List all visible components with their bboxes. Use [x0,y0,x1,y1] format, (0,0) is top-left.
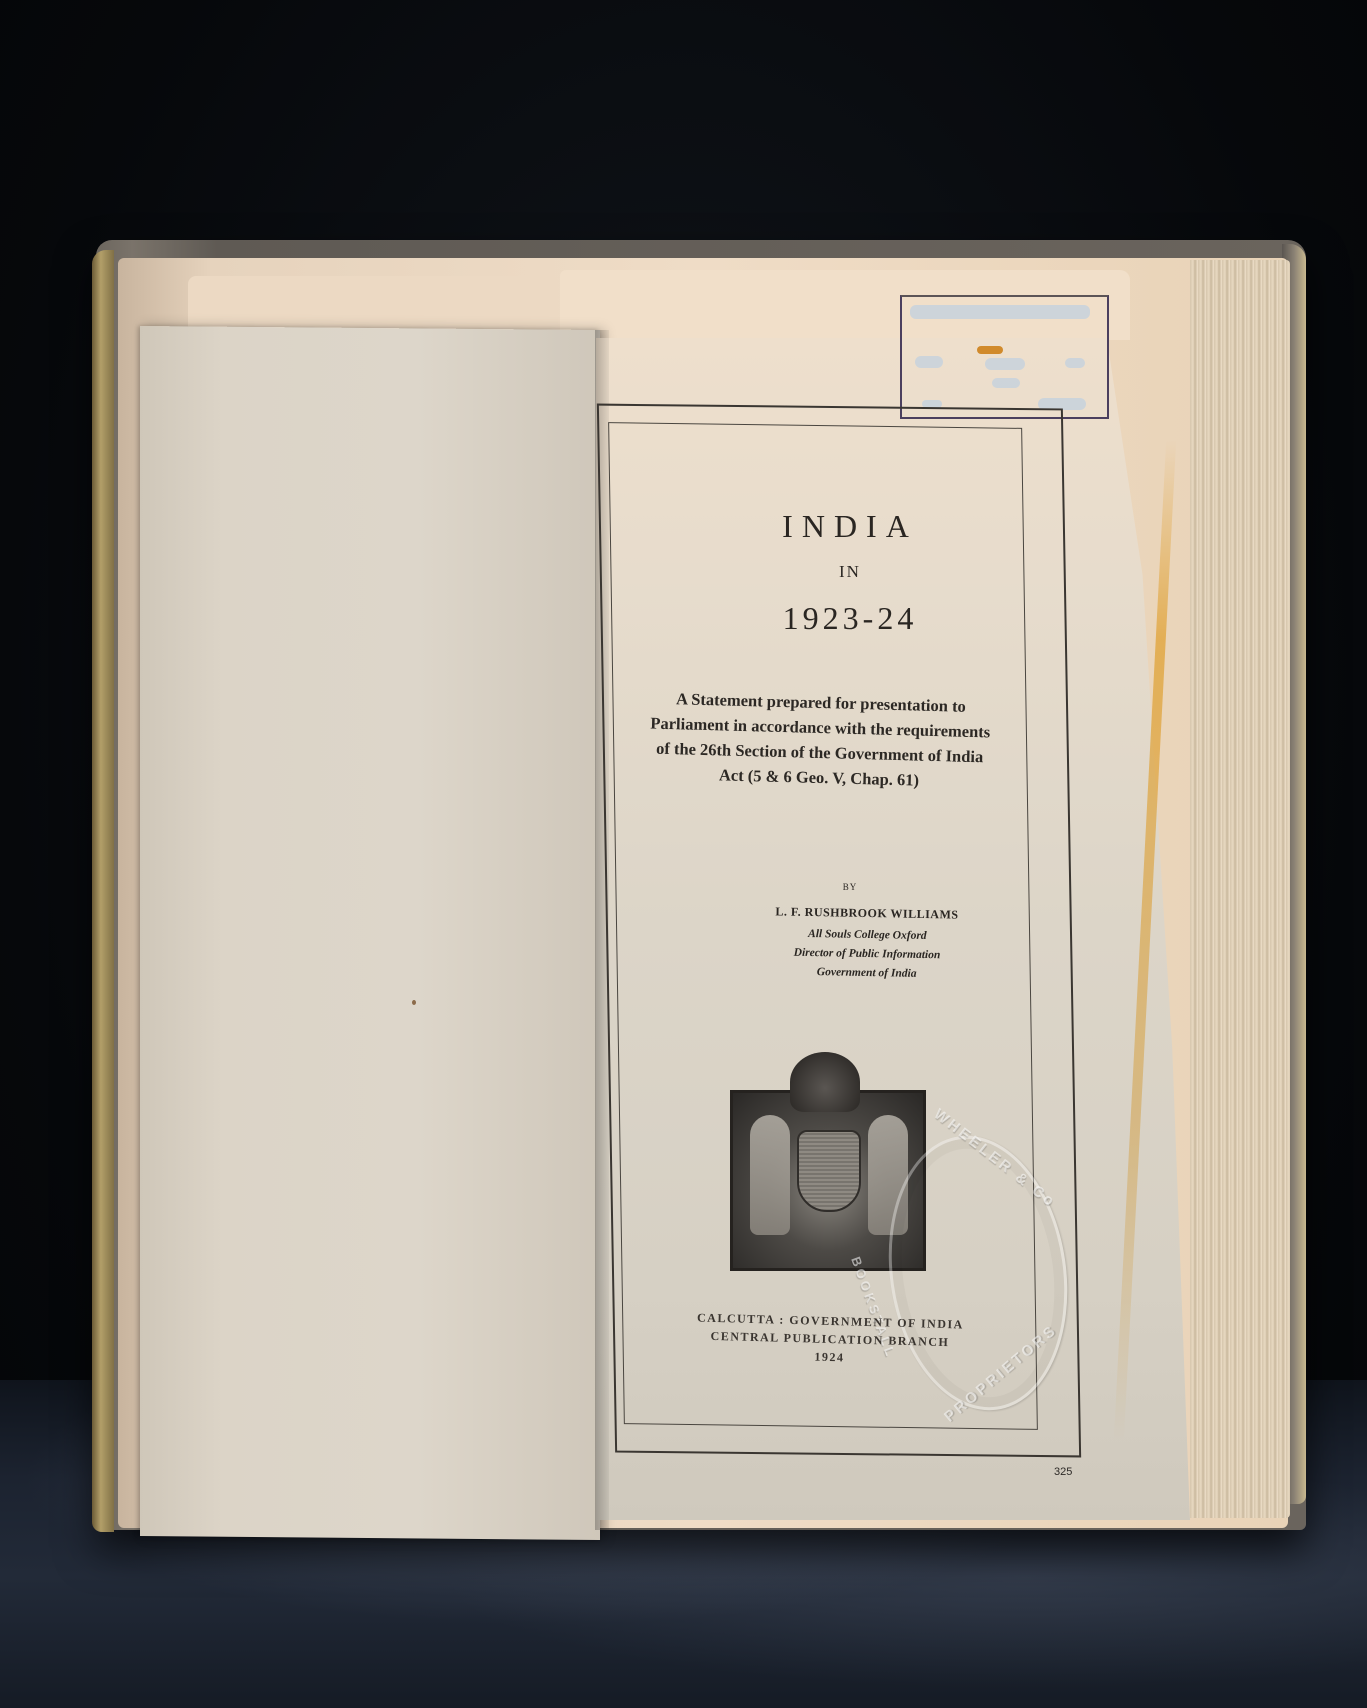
stamp-whiteout [910,305,1090,319]
cover-left-edge [92,250,114,1532]
page-block-edge [1190,260,1290,1518]
stamp-whiteout [915,356,943,368]
stamp-whiteout [992,378,1020,388]
subtitle-statement: A Statement prepared for presentation to… [649,686,992,795]
title-years: 1923-24 [620,600,1080,637]
stamp-whiteout [985,358,1025,370]
title-in: IN [620,562,1080,582]
lion-supporter-icon [750,1115,790,1235]
crown-icon [790,1052,860,1112]
stamp-whiteout [1065,358,1085,368]
by-label: BY [640,882,1060,892]
page-number: 325 [1054,1466,1072,1478]
page-spot [412,1000,416,1005]
stamp-orange-mark [977,346,1003,354]
publisher-imprint: CALCUTTA : GOVERNMENT OF INDIA CENTRAL P… [684,1308,975,1370]
shield-icon [797,1130,861,1212]
book-title: INDIA [620,508,1080,545]
left-flyleaf-page [140,326,600,1540]
author-affiliations: All Souls College Oxford Director of Pub… [652,922,1083,986]
